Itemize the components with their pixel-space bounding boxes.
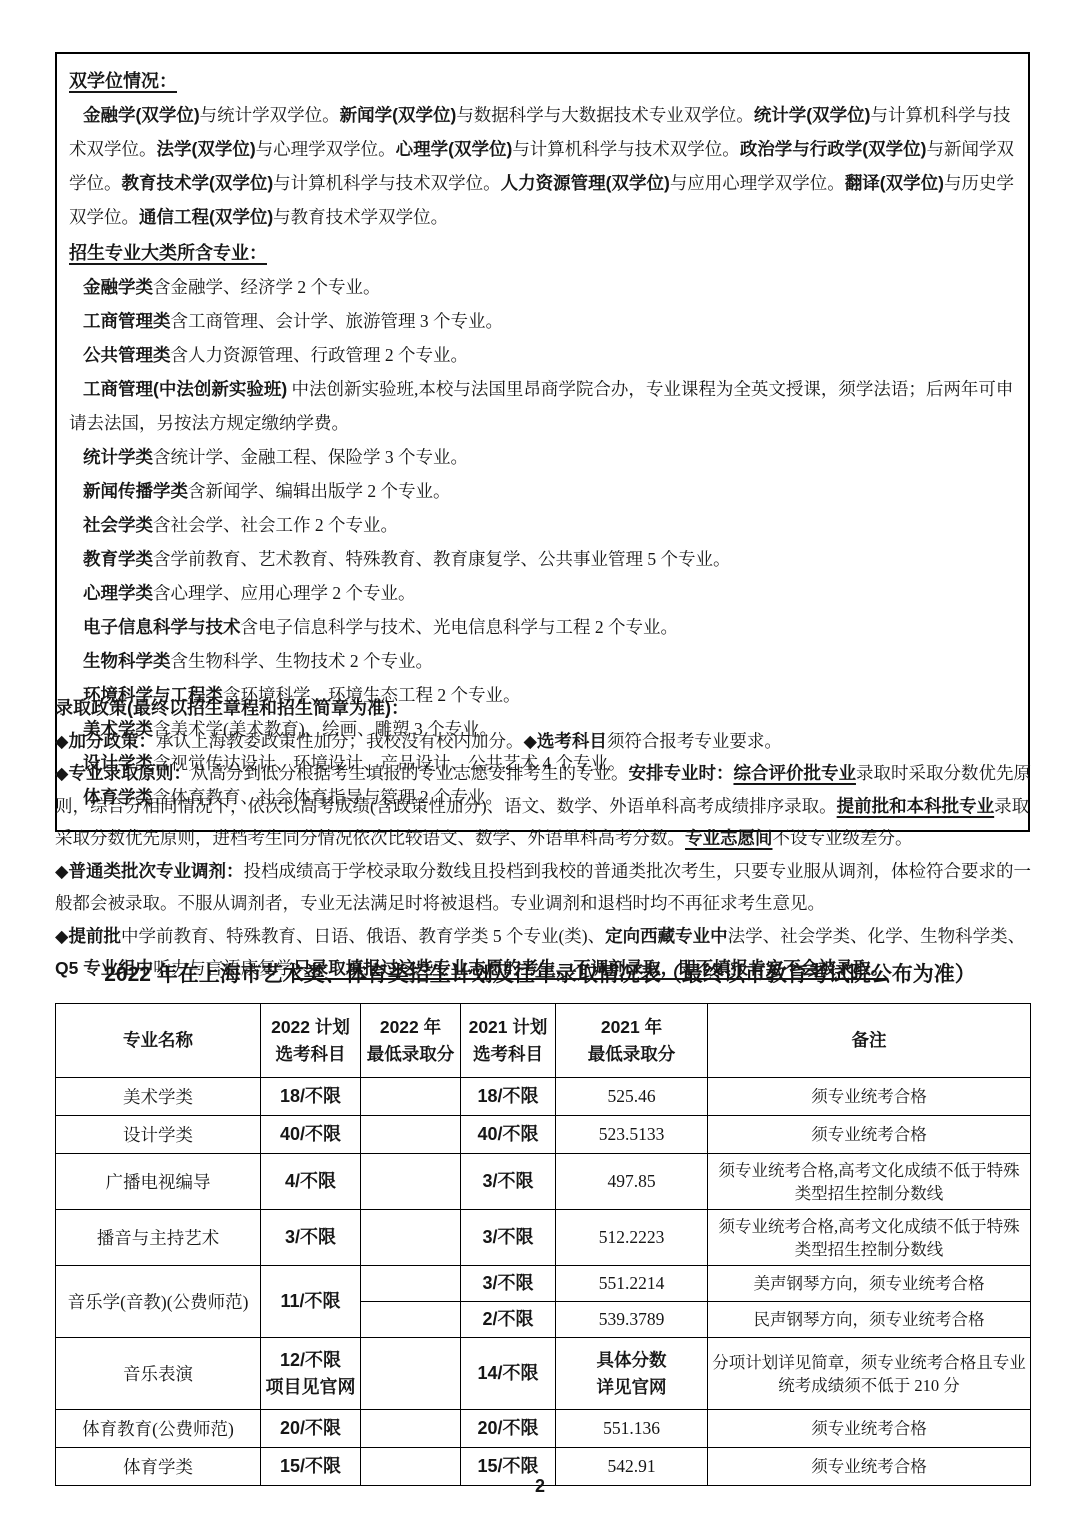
majors-item-lead: 教育学类 [83,549,153,569]
majors-item-rest: 含生物科学、生物技术 2 个专业。 [171,651,434,671]
text-segment: 与计算机科学与技术双学位。 [273,173,501,193]
text-segment: ◆加分政策： [55,731,156,751]
text-segment: 新闻学(双学位) [340,105,457,125]
cell-min-2021: 523.5133 [556,1116,708,1154]
page-number: 2 [0,1476,1080,1497]
header-plan-2022: 2022 计划 选考科目 [261,1004,361,1078]
text-segment: 中学前教育、特殊教育、日语、俄语、教育学类 5 个专业(类)、 [121,926,605,946]
majors-item: 工商管理(中法创新实验班) 中法创新实验班,本校与法国里昂商学院合办，专业课程为… [69,372,1014,440]
header-remark: 备注 [708,1004,1031,1078]
majors-item-lead: 工商管理类 [83,311,171,331]
majors-item-lead: 心理学类 [83,583,153,603]
table-row: 设计学类 40/不限 40/不限 523.5133 须专业统考合格 [56,1116,1031,1154]
cell-min-2021: 497.85 [556,1154,708,1210]
majors-item: 教育学类含学前教育、艺术教育、特殊教育、教育康复学、公共事业管理 5 个专业。 [69,542,1014,576]
majors-heading: 招生专业大类所含专业： [69,234,1014,270]
double-degree-heading: 双学位情况： [69,62,1014,98]
majors-item-lead: 统计学类 [83,447,153,467]
cell-plan-2022: 18/不限 [261,1078,361,1116]
cell-major-name: 体育教育(公费师范) [56,1410,261,1448]
cell-plan-2021: 3/不限 [461,1266,556,1302]
text-segment: 心理学(双学位) [396,139,513,159]
cell-plan-2021: 3/不限 [461,1210,556,1266]
text-segment: 不设专业级差分。 [773,828,913,848]
majors-item-lead: 社会学类 [83,515,153,535]
majors-item: 生物科学类含生物科学、生物技术 2 个专业。 [69,644,1014,678]
majors-heading-text: 招生专业大类所含专业： [69,236,267,270]
text-segment: 与计算机科学与技术双学位。 [512,139,740,159]
cell-plan-2021: 18/不限 [461,1078,556,1116]
text-segment: 与教育技术学双学位。 [273,207,448,227]
table-row: 体育教育(公费师范) 20/不限 20/不限 551.136 须专业统考合格 [56,1410,1031,1448]
cell-plan-2022: 40/不限 [261,1116,361,1154]
cell-remark: 须专业统考合格,高考文化成绩不低于特殊类型招生控制分数线 [708,1154,1031,1210]
text-segment: 录取政策(最终以招生章程和招生简章为准)： [55,698,409,718]
text-segment: 提前批和本科批专业 [837,796,995,816]
cell-remark: 美声钢琴方向，须专业统考合格 [708,1266,1031,1302]
table-row: 美术学类 18/不限 18/不限 525.46 须专业统考合格 [56,1078,1031,1116]
majors-item-lead: 工商管理(中法创新实验班) [83,379,287,399]
text-segment: ◆提前批 [55,926,121,946]
cell-plan-2022: 11/不限 [261,1266,361,1338]
cell-remark: 须专业统考合格 [708,1078,1031,1116]
policy-principle-paragraph: ◆专业录取原则：从高分到低分根据考生填报的专业志愿安排考生的专业。安排专业时：综… [55,757,1031,855]
cell-plan-2021: 14/不限 [461,1338,556,1410]
cell-plan-2022: 3/不限 [261,1210,361,1266]
header-plan-2021: 2021 计划 选考科目 [461,1004,556,1078]
majors-item-rest: 含心理学、应用心理学 2 个专业。 [153,583,416,603]
cell-min-2021: 525.46 [556,1078,708,1116]
admission-policy-section: 录取政策(最终以招生章程和招生简章为准)： ◆加分政策：承认上海教委政策性加分；… [55,692,1031,985]
table-row: 播音与主持艺术 3/不限 3/不限 512.2223 须专业统考合格,高考文化成… [56,1210,1031,1266]
text-segment: 综合评价批专业 [733,763,856,783]
cell-major-name: 播音与主持艺术 [56,1210,261,1266]
majors-item: 电子信息科学与技术含电子信息科学与技术、光电信息科学与工程 2 个专业。 [69,610,1014,644]
cell-min-2022 [361,1266,461,1302]
majors-item-lead: 公共管理类 [83,345,171,365]
cell-plan-2021: 3/不限 [461,1154,556,1210]
cell-min-2022 [361,1154,461,1210]
cell-min-2022 [361,1338,461,1410]
text-segment: 金融学(双学位) [83,105,200,125]
majors-item: 统计学类含统计学、金融工程、保险学 3 个专业。 [69,440,1014,474]
cell-remark: 须专业统考合格,高考文化成绩不低于特殊类型招生控制分数线 [708,1210,1031,1266]
text-segment: 法学(双学位) [157,139,256,159]
majors-item-lead: 新闻传播学类 [83,481,188,501]
cell-major-name: 广播电视编导 [56,1154,261,1210]
majors-item-rest: 含统计学、金融工程、保险学 3 个专业。 [153,447,468,467]
majors-item-lead: 生物科学类 [83,651,171,671]
cell-remark: 须专业统考合格 [708,1410,1031,1448]
text-segment: 翻译(双学位) [845,173,944,193]
text-segment: 从高分到低分根据考生填报的专业志愿安排考生的专业。 [191,763,629,783]
majors-item: 公共管理类含人力资源管理、行政管理 2 个专业。 [69,338,1014,372]
cell-min-2021: 551.136 [556,1410,708,1448]
cell-min-2021: 539.3789 [556,1302,708,1338]
header-min-2021: 2021 年 最低录取分 [556,1004,708,1078]
table-title: 2022 年在上海市艺术类、体育类招生计划及往年录取情况表（最终以市教育考试院公… [0,958,1080,988]
cell-plan-2022: 12/不限 项目见官网 [261,1338,361,1410]
text-segment: 与统计学双学位。 [200,105,340,125]
cell-min-2022 [361,1210,461,1266]
majors-item-rest: 含金融学、经济学 2 个专业。 [153,277,381,297]
admissions-table: 专业名称 2022 计划 选考科目 2022 年 最低录取分 2021 计划 选… [55,1003,1031,1486]
majors-item-lead: 金融学类 [83,277,153,297]
text-segment: 与应用心理学双学位。 [670,173,845,193]
table-row: 音乐学(音教)(公费师范) 11/不限 3/不限 551.2214 美声钢琴方向… [56,1266,1031,1302]
text-segment: ◆专业录取原则： [55,763,191,783]
majors-item-rest: 含人力资源管理、行政管理 2 个专业。 [171,345,469,365]
text-segment: 定向西藏专业中 [605,926,728,946]
majors-item-rest: 含社会学、社会工作 2 个专业。 [153,515,398,535]
document-page: 双学位情况： 金融学(双学位)与统计学双学位。新闻学(双学位)与数据科学与大数据… [0,0,1080,1527]
cell-plan-2022: 20/不限 [261,1410,361,1448]
cell-min-2022 [361,1078,461,1116]
table-row: 音乐表演 12/不限 项目见官网 14/不限 具体分数 详见官网 分项计划详见简… [56,1338,1031,1410]
majors-item: 金融学类含金融学、经济学 2 个专业。 [69,270,1014,304]
double-degree-paragraph: 金融学(双学位)与统计学双学位。新闻学(双学位)与数据科学与大数据技术专业双学位… [69,98,1014,234]
text-segment: 须符合报考专业要求。 [607,731,782,751]
cell-remark: 分项计划详见简章，须专业统考合格且专业统考成绩须不低于 210 分 [708,1338,1031,1410]
table-header-row: 专业名称 2022 计划 选考科目 2022 年 最低录取分 2021 计划 选… [56,1004,1031,1078]
text-segment: 通信工程(双学位) [139,207,273,227]
majors-item: 社会学类含社会学、社会工作 2 个专业。 [69,508,1014,542]
text-segment: 与心理学双学位。 [256,139,396,159]
policy-heading: 录取政策(最终以招生章程和招生简章为准)： [55,692,1031,725]
cell-plan-2022: 4/不限 [261,1154,361,1210]
cell-min-2021: 512.2223 [556,1210,708,1266]
cell-min-2022 [361,1302,461,1338]
cell-major-name: 音乐表演 [56,1338,261,1410]
policy-adjustment-paragraph: ◆普通类批次专业调剂：投档成绩高于学校录取分数线且投档到我校的普通类批次考生，只… [55,855,1031,920]
cell-remark: 须专业统考合格 [708,1116,1031,1154]
text-segment: ◆选考科目 [523,731,606,751]
text-segment: 与数据科学与大数据技术专业双学位。 [456,105,754,125]
cell-major-name: 音乐学(音教)(公费师范) [56,1266,261,1338]
cell-remark: 民声钢琴方向，须专业统考合格 [708,1302,1031,1338]
policy-bonus-paragraph: ◆加分政策：承认上海教委政策性加分；我校没有校内加分。◆选考科目须符合报考专业要… [55,725,1031,758]
text-segment: 安排专业时： [628,763,733,783]
majors-item-rest: 含工商管理、会计学、旅游管理 3 个专业。 [171,311,504,331]
cell-major-name: 美术学类 [56,1078,261,1116]
text-segment: 法学、社会学类、化学、生物科学类、 [728,926,1026,946]
table-row: 广播电视编导 4/不限 3/不限 497.85 须专业统考合格,高考文化成绩不低… [56,1154,1031,1210]
text-segment: 人力资源管理(双学位) [501,173,670,193]
cell-plan-2021: 40/不限 [461,1116,556,1154]
majors-item: 新闻传播学类含新闻学、编辑出版学 2 个专业。 [69,474,1014,508]
majors-item-lead: 电子信息科学与技术 [83,617,241,637]
majors-item-rest: 含学前教育、艺术教育、特殊教育、教育康复学、公共事业管理 5 个专业。 [153,549,731,569]
cell-major-name: 设计学类 [56,1116,261,1154]
cell-min-2022 [361,1410,461,1448]
double-degree-heading-text: 双学位情况： [69,64,177,98]
cell-min-2021: 551.2214 [556,1266,708,1302]
text-segment: 专业志愿间 [685,828,773,848]
cell-plan-2021: 2/不限 [461,1302,556,1338]
text-segment: ◆普通类批次专业调剂： [55,861,243,881]
majors-item-rest: 含电子信息科学与技术、光电信息科学与工程 2 个专业。 [241,617,679,637]
majors-item-rest: 含新闻学、编辑出版学 2 个专业。 [188,481,451,501]
majors-item: 心理学类含心理学、应用心理学 2 个专业。 [69,576,1014,610]
cell-min-2021: 具体分数 详见官网 [556,1338,708,1410]
cell-plan-2021: 20/不限 [461,1410,556,1448]
majors-item: 工商管理类含工商管理、会计学、旅游管理 3 个专业。 [69,304,1014,338]
header-major-name: 专业名称 [56,1004,261,1078]
text-segment: 统计学(双学位) [754,105,871,125]
header-min-2022: 2022 年 最低录取分 [361,1004,461,1078]
text-segment: 承认上海教委政策性加分；我校没有校内加分。 [156,731,524,751]
text-segment: 政治学与行政学(双学位) [740,139,927,159]
cell-min-2022 [361,1116,461,1154]
text-segment: 教育技术学(双学位) [122,173,274,193]
